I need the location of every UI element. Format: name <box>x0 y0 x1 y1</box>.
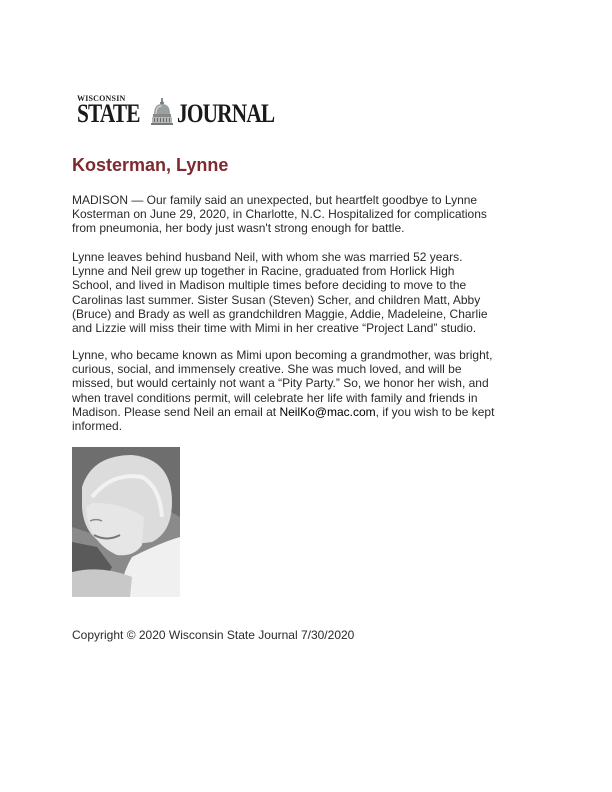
obituary-paragraph-3: Lynne, who became known as Mimi upon bec… <box>72 348 497 433</box>
masthead-journal: JOURNAL <box>177 100 274 128</box>
email-link[interactable]: NeilKo@mac.com <box>279 405 375 419</box>
portrait-image <box>72 447 180 608</box>
masthead-state: STATE <box>77 100 140 128</box>
masthead-logo: WISCONSIN STATE JOURNAL <box>77 94 277 128</box>
obituary-paragraph-2: Lynne leaves behind husband Neil, with w… <box>72 250 497 335</box>
obituary-photo <box>72 447 180 608</box>
obituary-title: Kosterman, Lynne <box>72 155 228 176</box>
copyright-footer: Copyright © 2020 Wisconsin State Journal… <box>72 628 354 642</box>
capitol-dome-icon <box>150 98 174 126</box>
obituary-paragraph-1: MADISON — Our family said an unexpected,… <box>72 193 497 236</box>
